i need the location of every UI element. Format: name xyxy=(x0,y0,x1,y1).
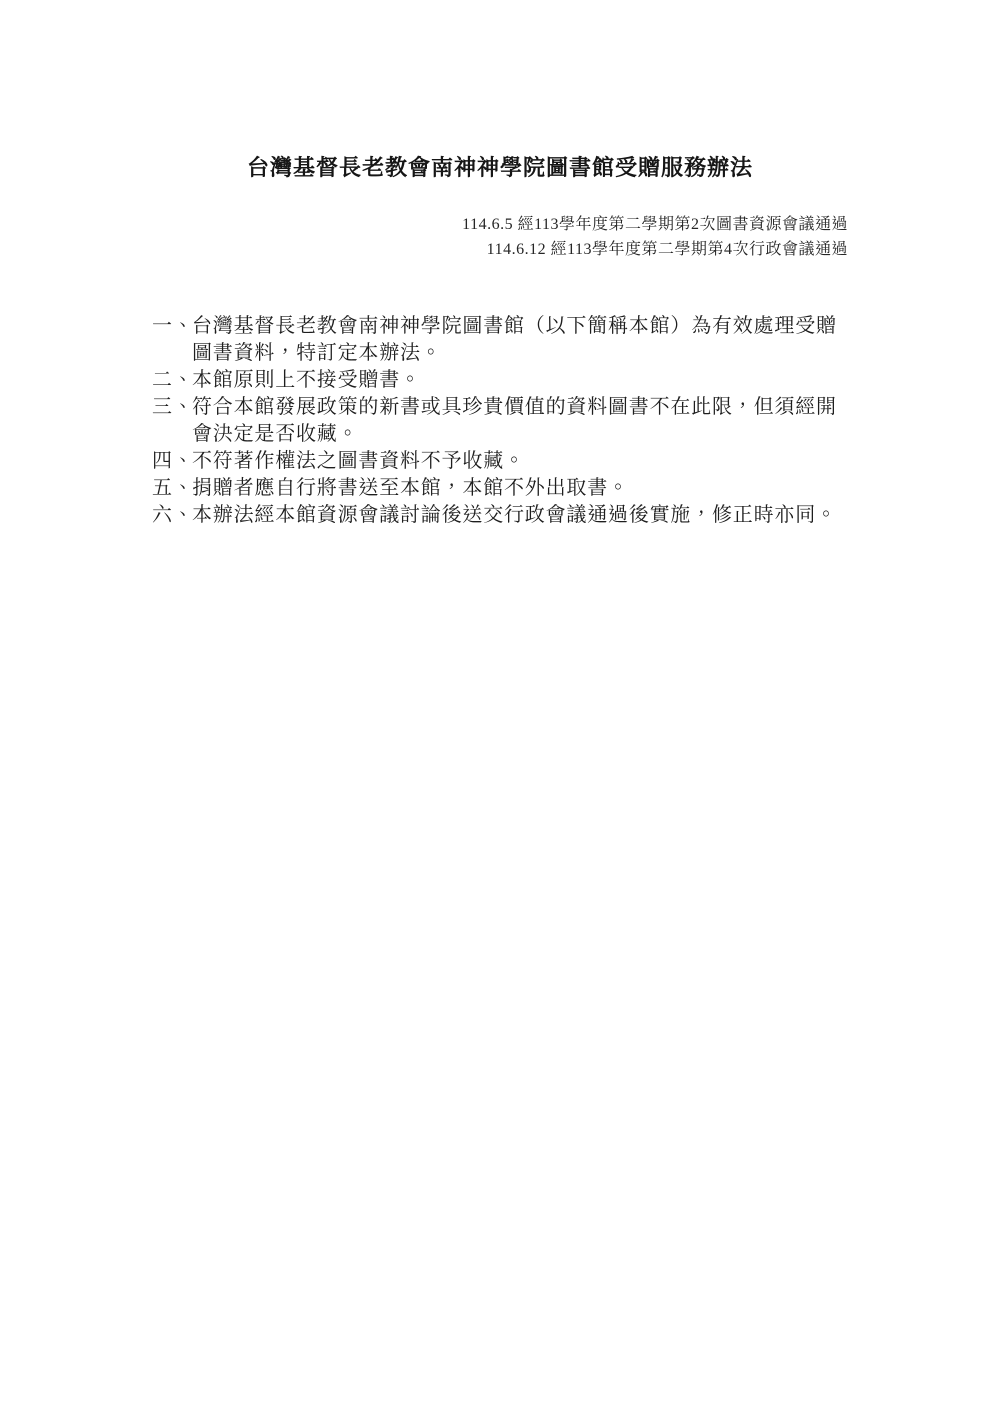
article-item-1: 一、 台灣基督長老教會南神神學院圖書館（以下簡稱本館）為有效處理受贈圖書資料，特… xyxy=(152,313,852,367)
article-text: 符合本館發展政策的新書或具珍貴價值的資料圖書不在此限，但須經開會決定是否收藏。 xyxy=(192,394,848,448)
approval-line-library-committee: 114.6.5 經113學年度第二學期第2次圖書資源會議通過 xyxy=(0,212,848,237)
article-number: 二、 xyxy=(152,367,192,394)
article-text: 本辦法經本館資源會議討論後送交行政會議通過後實施，修正時亦同。 xyxy=(192,502,848,529)
approval-block: 114.6.5 經113學年度第二學期第2次圖書資源會議通過 114.6.12 … xyxy=(0,212,1000,262)
article-number: 三、 xyxy=(152,394,192,421)
article-number: 五、 xyxy=(152,475,192,502)
article-item-3: 三、 符合本館發展政策的新書或具珍貴價值的資料圖書不在此限，但須經開會決定是否收… xyxy=(152,394,852,448)
approval-line-admin-meeting: 114.6.12 經113學年度第二學期第4次行政會議通過 xyxy=(0,237,848,262)
article-item-6: 六、 本辦法經本館資源會議討論後送交行政會議通過後實施，修正時亦同。 xyxy=(152,502,852,529)
article-item-5: 五、 捐贈者應自行將書送至本館，本館不外出取書。 xyxy=(152,475,852,502)
document-page: 台灣基督長老教會南神神學院圖書館受贈服務辦法 114.6.5 經113學年度第二… xyxy=(0,0,1000,1414)
article-list: 一、 台灣基督長老教會南神神學院圖書館（以下簡稱本館）為有效處理受贈圖書資料，特… xyxy=(152,313,852,529)
document-title: 台灣基督長老教會南神神學院圖書館受贈服務辦法 xyxy=(0,0,1000,184)
article-item-2: 二、 本館原則上不接受贈書。 xyxy=(152,367,852,394)
article-number: 一、 xyxy=(152,313,192,340)
article-text: 不符著作權法之圖書資料不予收藏。 xyxy=(192,448,848,475)
article-number: 四、 xyxy=(152,448,192,475)
article-text: 捐贈者應自行將書送至本館，本館不外出取書。 xyxy=(192,475,848,502)
article-number: 六、 xyxy=(152,502,192,529)
article-text: 本館原則上不接受贈書。 xyxy=(192,367,848,394)
article-item-4: 四、 不符著作權法之圖書資料不予收藏。 xyxy=(152,448,852,475)
article-text: 台灣基督長老教會南神神學院圖書館（以下簡稱本館）為有效處理受贈圖書資料，特訂定本… xyxy=(192,313,848,367)
